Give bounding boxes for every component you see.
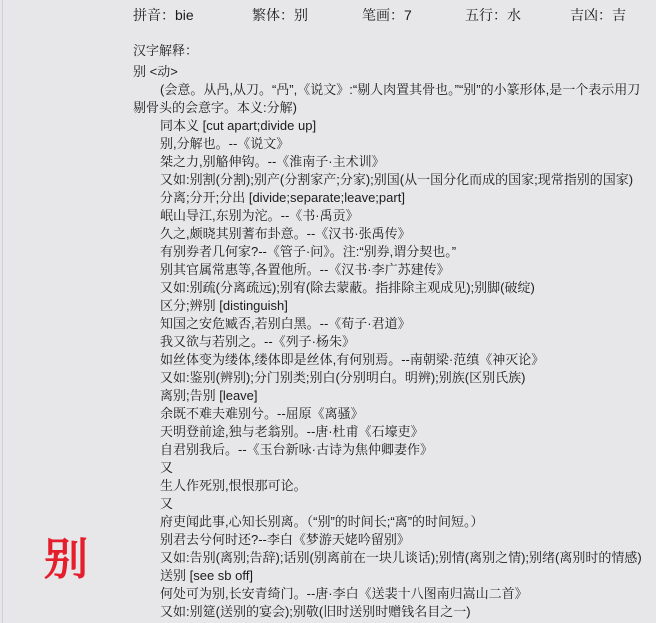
definition-lines: 别 <动>(会意。从冎,从刀。“冎”,《说文》:“剔人肉置其骨也。”“别”的小篆… [133,63,656,621]
header-field-3: 五行：水 [465,5,521,25]
left-border-rule [2,0,3,623]
character-info-header: 拼音：bie繁体：别笔画：7五行：水吉凶：吉 [133,5,656,21]
definition-line: 桀之力,别觡伸钩。--《淮南子·主术训》 [133,153,656,171]
definition-line: 府吏闻此事,心知长别离。（“别”的时间长;“离”的时间短。） [133,513,656,531]
header-field-2: 笔画：7 [362,5,412,25]
definition-line: 别其官属常惠等,各置他所。--《汉书·李广苏建传》 [133,261,656,279]
definition-line: 又如:告别(离别;告辞);话别(别离前在一块儿谈话);别情(离别之情);别绪(离… [133,549,656,567]
big-red-character: 别 [44,538,88,582]
definition-line: 有别券者几何家?--《管子·问》。注:“别券,谓分契也。” [133,243,656,261]
definition-line: 我又欲与若别之。--《列子·杨朱》 [133,333,656,351]
definition-line: 又如:别疏(分离疏远);别宥(除去蒙蔽。指排除主观成见);别脚(破绽) [133,279,656,297]
definition-line: 又如:鉴别(辨别);分门别类;别白(分别明白。明辨);别族(区别氏族) [133,369,656,387]
definition-line: 又 [133,495,656,513]
definition-line: 自君别我后。--《玉台新咏·古诗为焦仲卿妻作》 [133,441,656,459]
definition-line: 生人作死别,恨恨那可论。 [133,477,656,495]
definition-line: 天明登前途,独与老翁别。--唐·杜甫《石壕吏》 [133,423,656,441]
section-title-hanzi-explanation: 汉字解释： [133,40,198,59]
definition-line: 送别 [see sb off] [133,567,656,585]
definition-line: 又 [133,459,656,477]
header-field-0: 拼音：bie [133,5,194,25]
definition-line: 剔骨头的会意字。本义:分解) [133,99,656,117]
definition-line: 余既不难夫难别兮。--屈原《离骚》 [133,405,656,423]
definition-line: 离别;告别 [leave] [133,387,656,405]
dictionary-entry: 拼音：bie繁体：别笔画：7五行：水吉凶：吉 汉字解释： 别 <动>(会意。从冎… [133,5,656,21]
definition-line: 区分;辨别 [distinguish] [133,297,656,315]
definition-line: 别君去兮何时还?--李白《梦游天姥吟留别》 [133,531,656,549]
definition-line: 岷山导江,东别为沱。--《书·禹贡》 [133,207,656,225]
definition-line: 同本义 [cut apart;divide up] [133,117,656,135]
definition-line: (会意。从冎,从刀。“冎”,《说文》:“剔人肉置其骨也。”“别”的小篆形体,是一… [133,81,656,99]
definition-line: 别,分解也。--《说文》 [133,135,656,153]
definition-line: 何处可为别,长安青绮门。--唐·李白《送裴十八图南归嵩山二首》 [133,585,656,603]
definition-line: 久之,颇晓其别蓍布卦意。--《汉书·张禹传》 [133,225,656,243]
definition-line: 别 <动> [133,63,656,81]
definition-line: 如丝体变为缕体,缕体即是丝体,有何别焉。--南朝梁·范缜《神灭论》 [133,351,656,369]
definition-line: 分离;分开;分出 [divide;separate;leave;part] [133,189,656,207]
header-field-4: 吉凶：吉 [570,5,626,25]
definition-line: 知国之安危臧否,若别白黑。--《荀子·君道》 [133,315,656,333]
definition-line: 又如:别割(分割);别产(分割家产;分家);别国(从一国分化而成的国家;现常指别… [133,171,656,189]
header-field-1: 繁体：别 [252,5,308,25]
definition-line: 又如:别筵(送别的宴会);别敬(旧时送别时赠钱名目之一) [133,603,656,621]
